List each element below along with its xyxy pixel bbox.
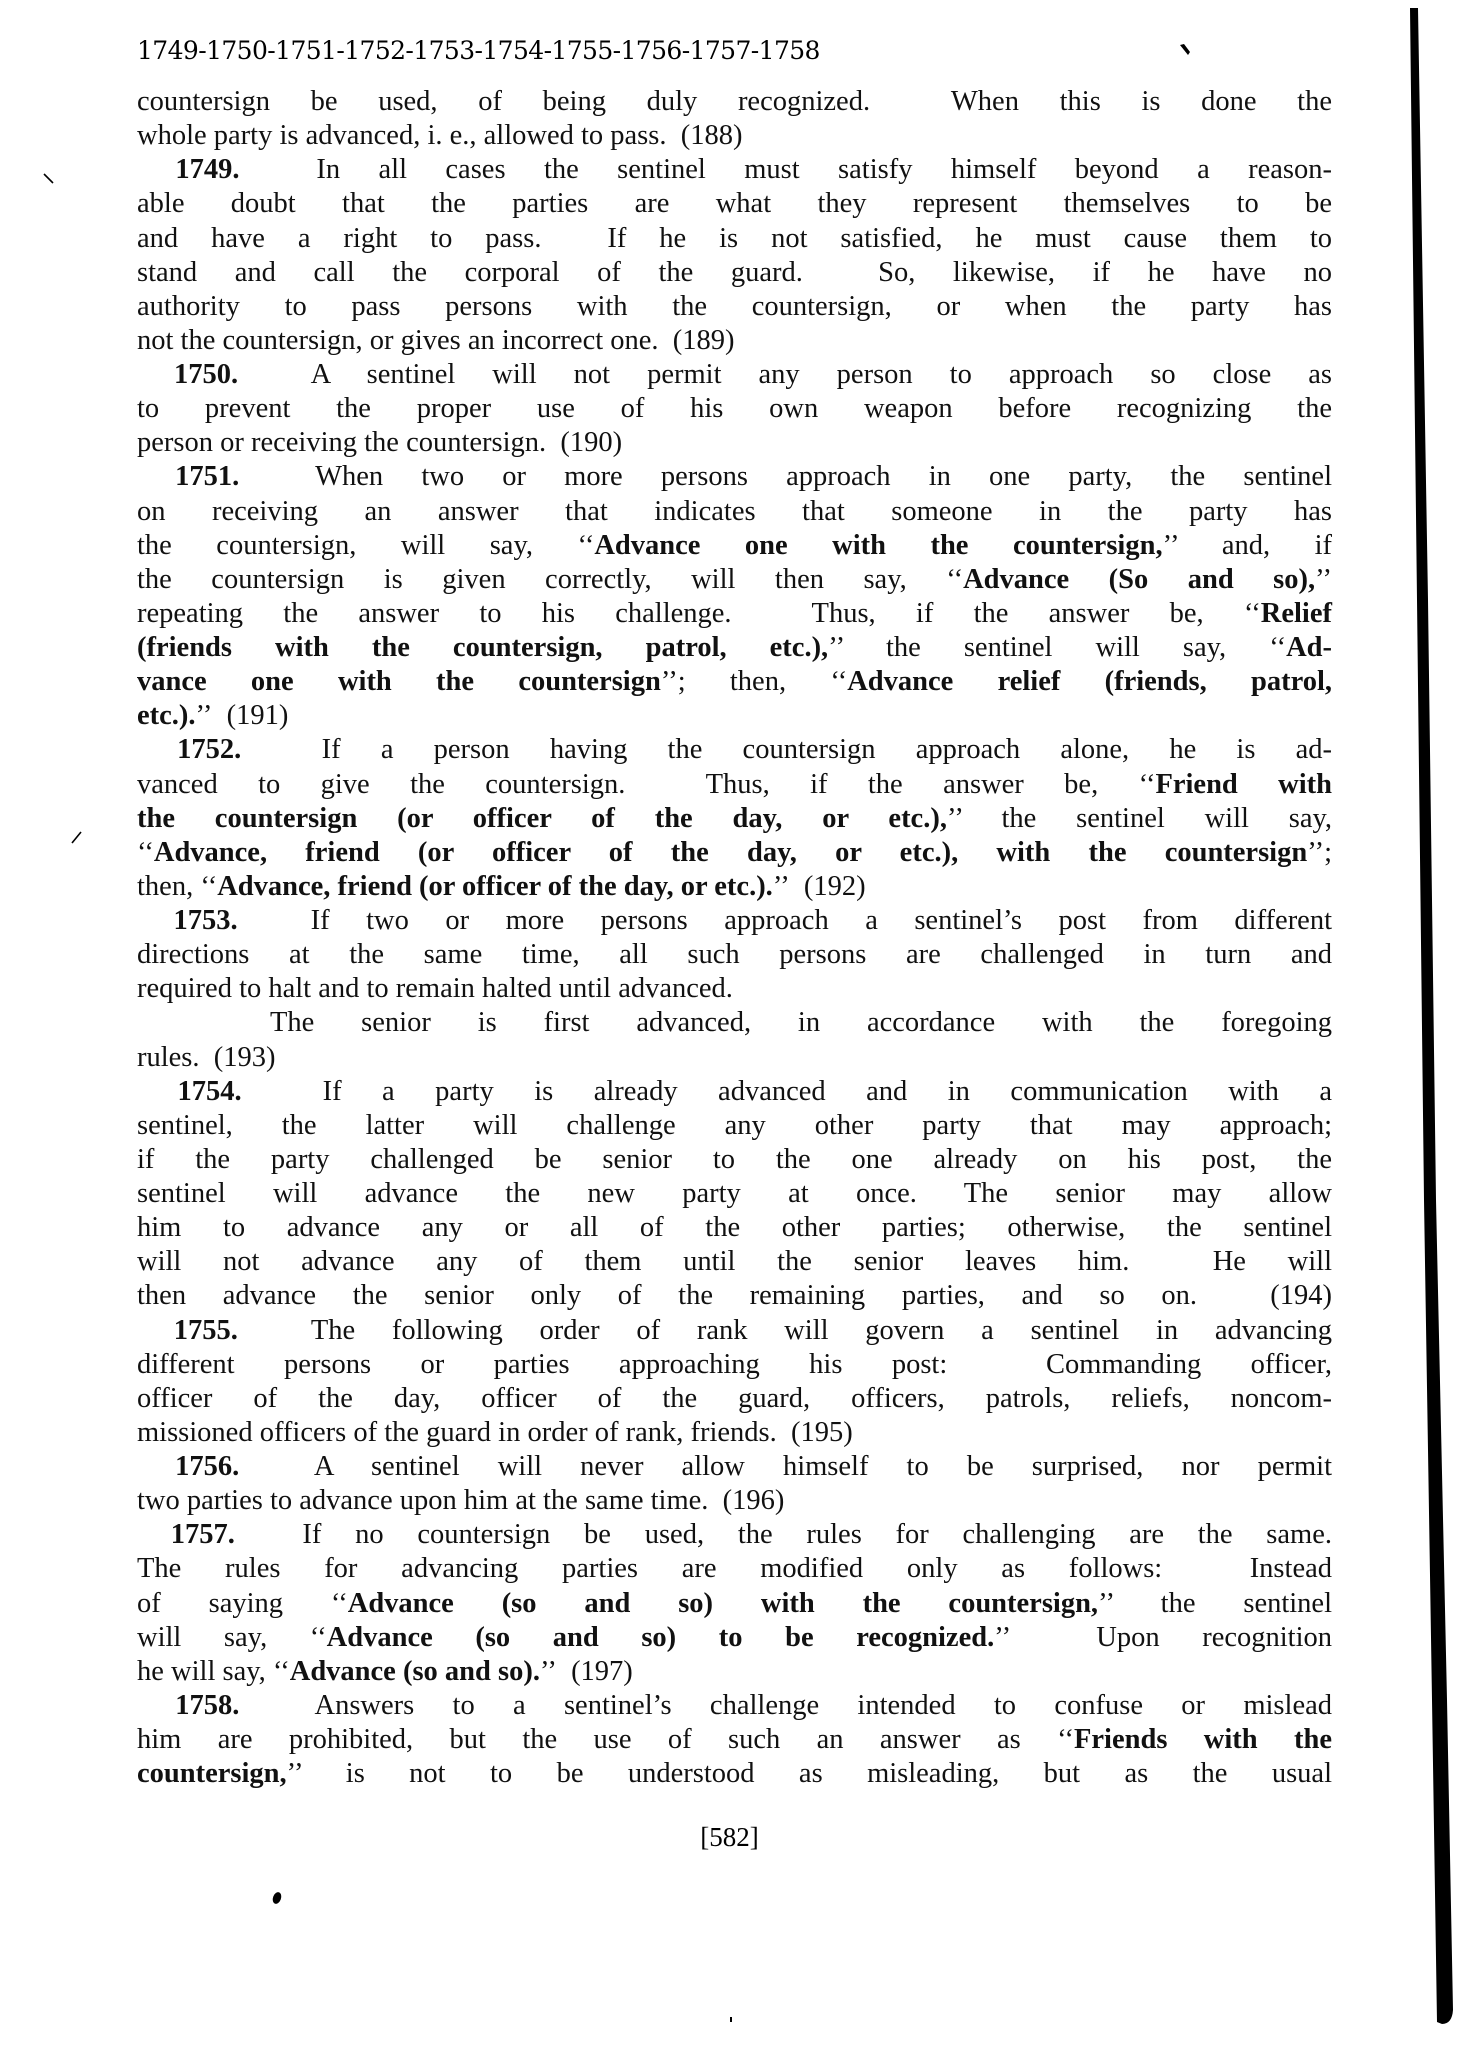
scan-mark-top-right bbox=[1178, 43, 1192, 57]
document-page: 1749-1750-1751-1752-1753-1754-1755-1756-… bbox=[0, 0, 1461, 2049]
scan-mark-slash bbox=[70, 830, 84, 846]
scan-mark-tick bbox=[728, 2016, 734, 2024]
scan-mark-dot bbox=[270, 1890, 284, 1906]
scan-mark-backslash bbox=[42, 172, 56, 186]
scan-edge-bar bbox=[0, 0, 1461, 2049]
